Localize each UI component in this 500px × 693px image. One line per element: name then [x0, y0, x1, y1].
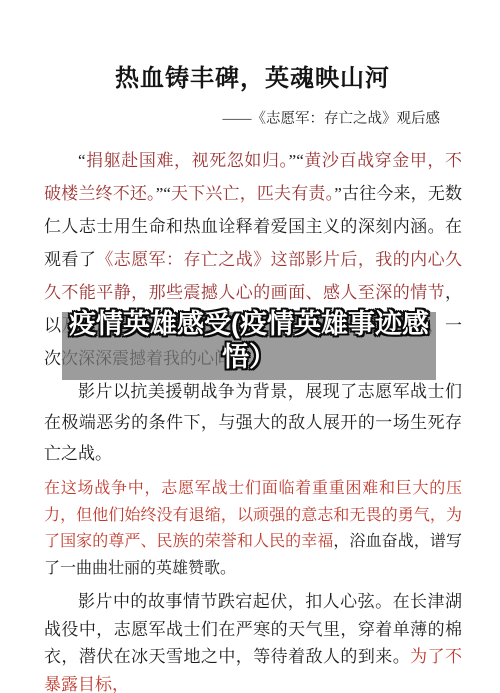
- watermark-title: 疫情英雄感受(疫情英雄事迹感悟）: [56, 308, 442, 374]
- document-body: “捐躯赴国难，视死忽如归。”“黄沙百战穿金甲，不破楼兰终不还。”“天下兴亡，匹夫…: [44, 144, 462, 693]
- page-title: 热血铸丰碑，英魂映山河: [45, 58, 460, 93]
- text-segment: 影片中的故事情节跌宕起伏，扣人心弦。在长津湖战役中，志愿军战士们在严寒的天气里，…: [44, 592, 462, 666]
- para-background: 影片以抗美援朝战争为背景，展现了志愿军战士们在极端恶劣的条件下，与强大的敌人展开…: [44, 376, 462, 469]
- document-page: 热血铸丰碑，英魂映山河 ——《志愿军：存亡之战》观后感 “捐躯赴国难，视死忽如归…: [0, 0, 500, 693]
- text-segment: ”“: [289, 151, 304, 170]
- text-segment: ”“: [156, 184, 171, 203]
- para-struggle: 在这场战争中，志愿军战士们面临着重重困难和巨大的压力，但他们始终没有退缩，以顽强…: [44, 476, 462, 582]
- text-segment: 《志愿军：存亡之战》这部影片后，我的内心久久不能平静，那些震撼人心的画面、感人至…: [44, 250, 462, 302]
- text-segment: “: [78, 151, 86, 170]
- text-segment: 影片以抗美援朝战争为背景，展现了志愿军战士们在极端恶劣的条件下，与强大的敌人展开…: [44, 382, 462, 463]
- para-plot: 影片中的故事情节跌宕起伏，扣人心弦。在长津湖战役中，志愿军战士们在严寒的天气里，…: [44, 588, 462, 693]
- page-subtitle: ——《志愿军：存亡之战》观后感: [45, 107, 440, 128]
- text-segment: 天下兴亡，匹夫有责。: [171, 184, 334, 203]
- text-segment: 捐躯赴国难，视死忽如归。: [86, 151, 289, 170]
